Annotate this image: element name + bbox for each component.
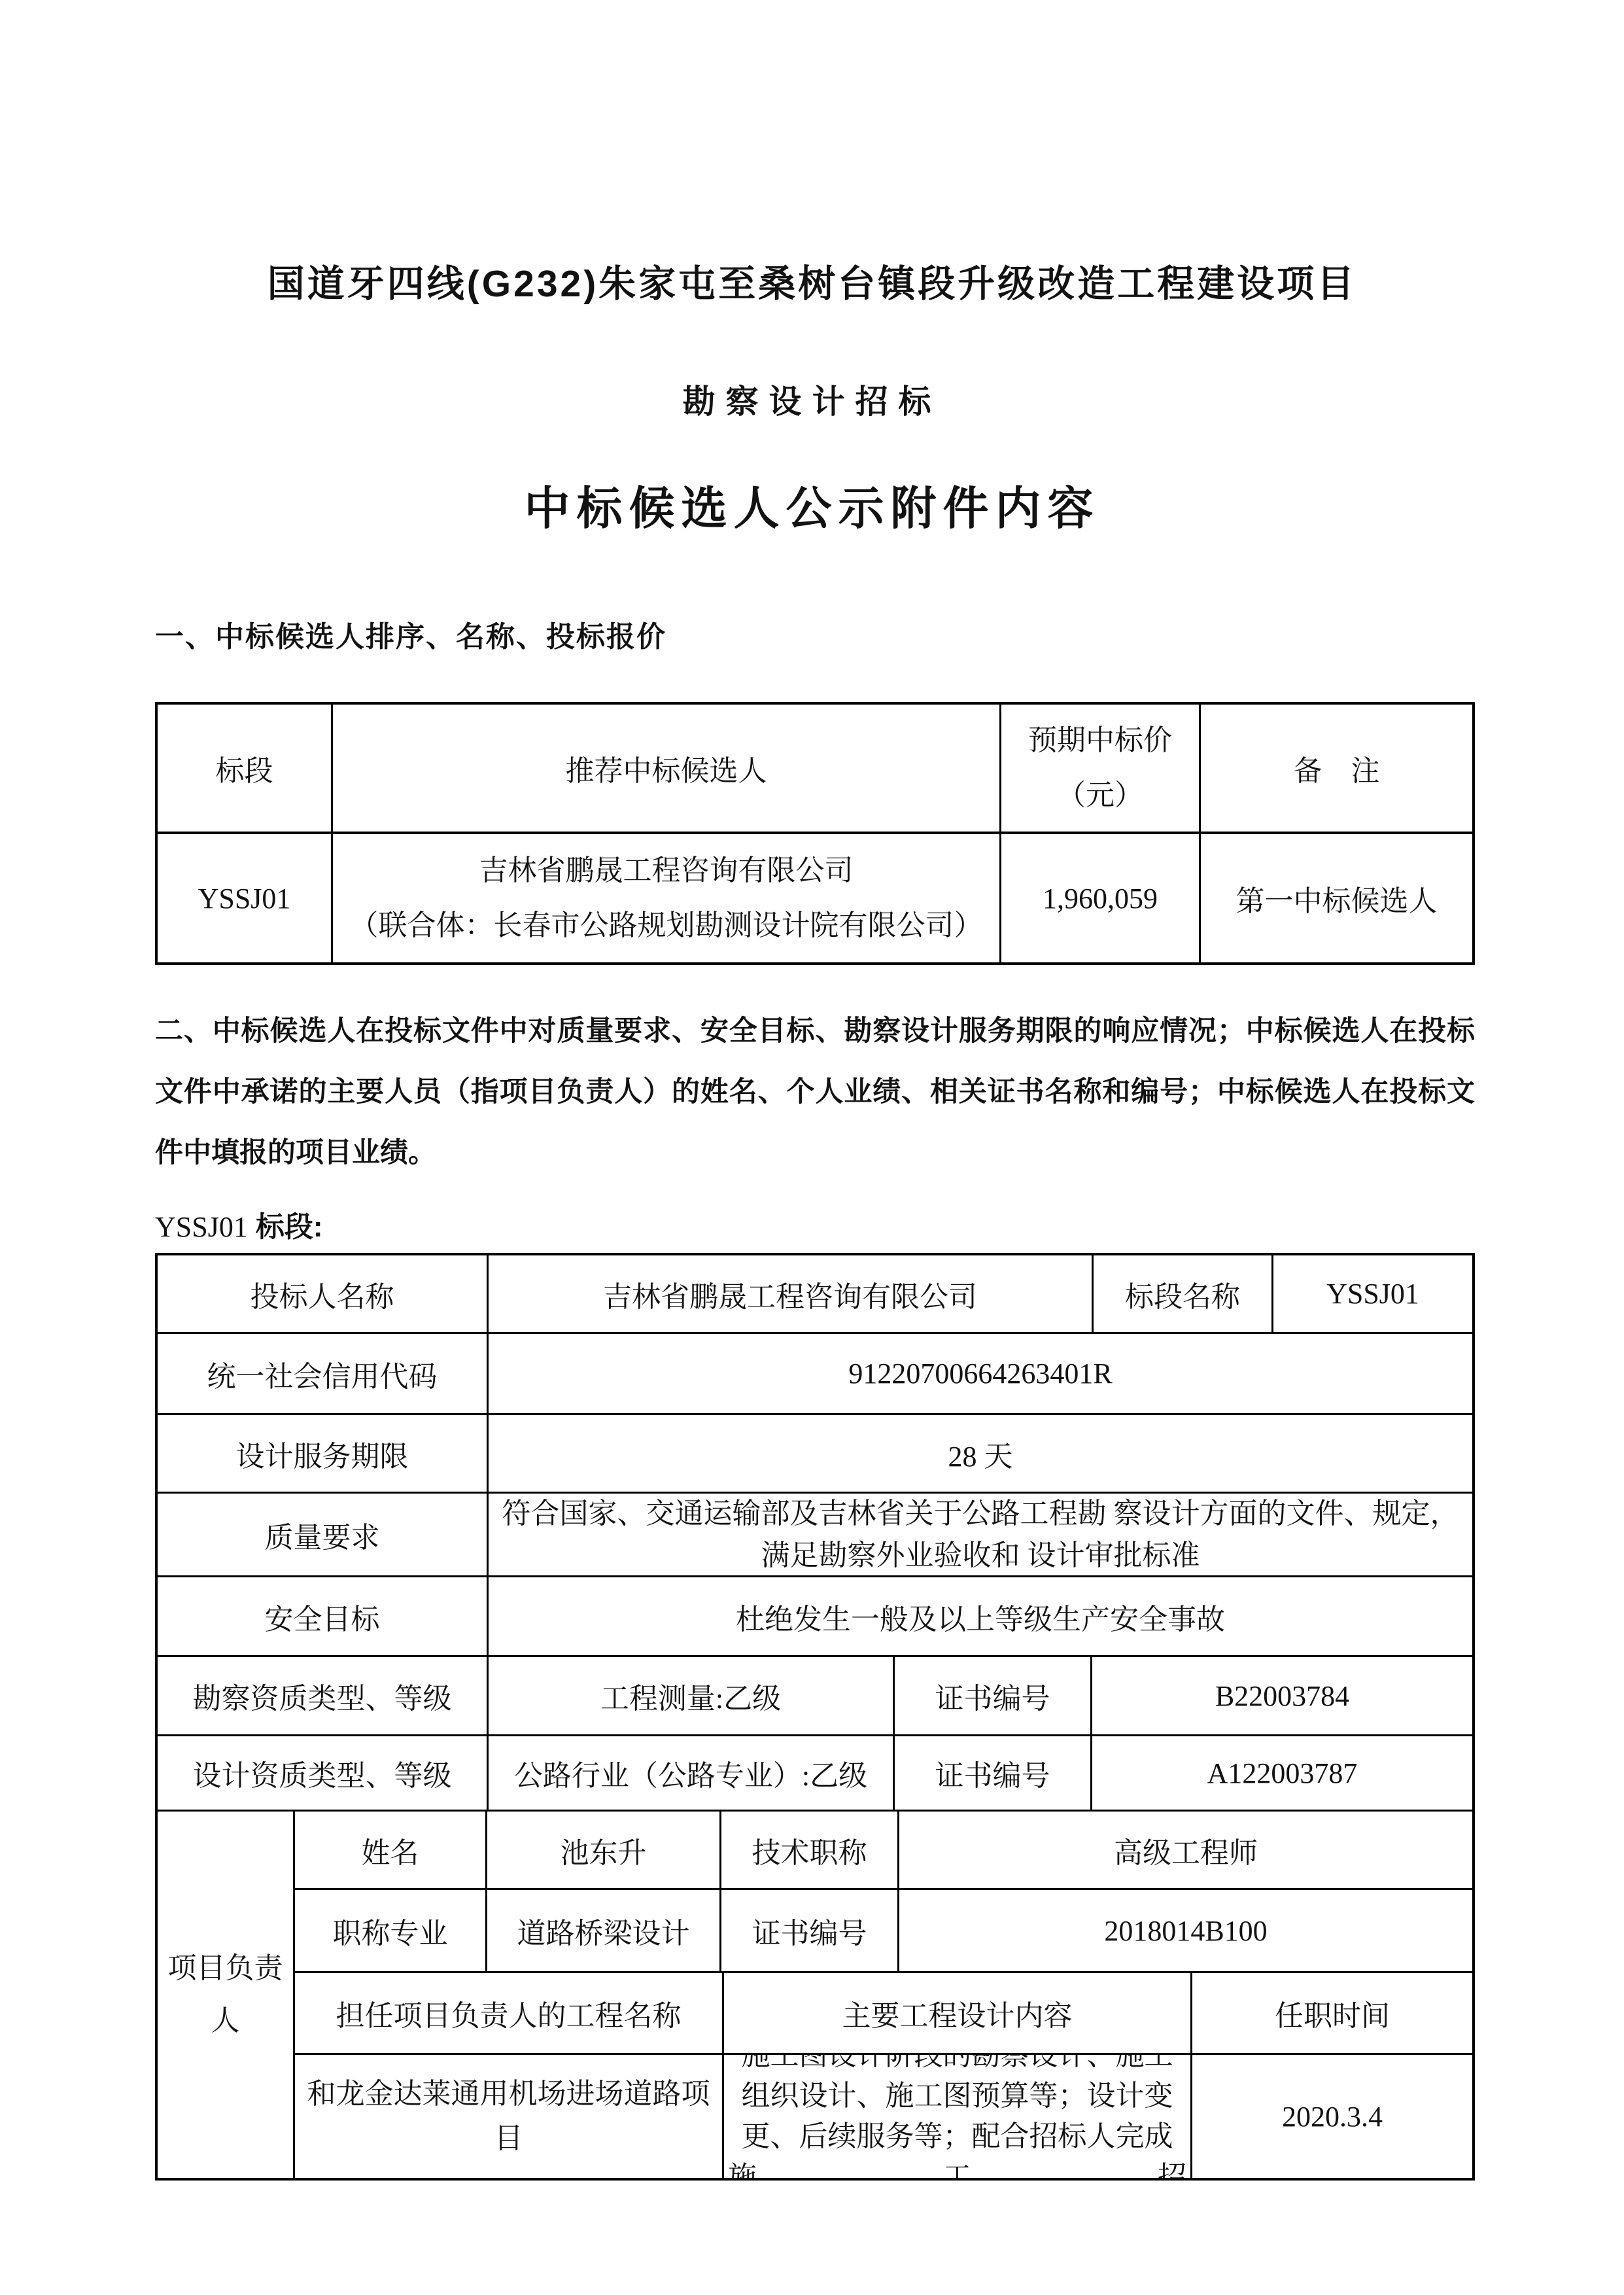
lot-heading: YSSJ01标段: [155, 1203, 1624, 1245]
survey-cert-value: B22003784 [1092, 1657, 1472, 1734]
row-pm-major: 职称专业 道路桥梁设计 证书编号 2018014B100 [295, 1890, 1472, 1973]
row-bidder: 投标人名称 吉林省鹏晟工程咨询有限公司 标段名称 YSSJ01 [158, 1255, 1472, 1334]
pm-cert-value: 2018014B100 [899, 1890, 1472, 1971]
service-duration-value: 28 天 [489, 1415, 1472, 1492]
candidates-table-header-row: 标段 推荐中标候选人 预期中标价 （元） 备 注 [158, 705, 1472, 834]
cell-remark: 第一中标候选人 [1201, 834, 1472, 962]
bidder-name-label: 投标人名称 [158, 1255, 489, 1332]
lot-heading-suffix: 标段: [256, 1211, 323, 1243]
section2-paragraph: 二、中标候选人在投标文件中对质量要求、安全目标、勘察设计服务期限的响应情况；中标… [155, 1001, 1475, 1183]
lot-name-value: YSSJ01 [1273, 1255, 1472, 1332]
pm-tenure-header: 任职时间 [1192, 1973, 1472, 2053]
row-service-duration: 设计服务期限 28 天 [158, 1415, 1472, 1494]
row-pm-project: 和龙金达莱通用机场进场道路项目 施工图设计阶段的勘察设计、施工组织设计、施工图预… [295, 2055, 1472, 2178]
pm-name-value: 池东升 [487, 1812, 721, 1888]
row-pm-project-header: 担任项目负责人的工程名称 主要工程设计内容 任职时间 [295, 1973, 1472, 2055]
lot-heading-code: YSSJ01 [155, 1211, 248, 1243]
header-expected-price-line2: （元） [1057, 768, 1143, 823]
candidates-table-row: YSSJ01 吉林省鹏晟工程咨询有限公司 （联合体：长春市公路规划勘测设计院有限… [158, 834, 1472, 962]
row-survey-qualification: 勘察资质类型、等级 工程测量:乙级 证书编号 B22003784 [158, 1657, 1472, 1736]
survey-qualification-value: 工程测量:乙级 [489, 1657, 895, 1734]
project-manager-label: 项目负责人 [158, 1812, 295, 2178]
row-quality: 质量要求 符合国家、交通运输部及吉林省关于公路工程勘 察设计方面的文件、规定，满… [158, 1494, 1472, 1577]
row-design-qualification: 设计资质类型、等级 公路行业（公路专业）:乙级 证书编号 A122003787 [158, 1736, 1472, 1812]
survey-cert-label: 证书编号 [895, 1657, 1092, 1734]
safety-label: 安全目标 [158, 1577, 489, 1655]
header-expected-price-line1: 预期中标价 [1028, 713, 1172, 768]
design-qualification-value: 公路行业（公路专业）:乙级 [489, 1736, 895, 1810]
cell-price: 1,960,059 [1001, 834, 1201, 962]
project-manager-block: 项目负责人 姓名 池东升 技术职称 高级工程师 职称专业 道路桥梁设计 证书编号… [158, 1812, 1472, 2178]
lot-name-label: 标段名称 [1094, 1255, 1273, 1332]
cell-lot: YSSJ01 [158, 834, 333, 962]
candidates-table: 标段 推荐中标候选人 预期中标价 （元） 备 注 YSSJ01 吉林省鹏晟工程咨… [155, 702, 1475, 965]
pm-project-name: 和龙金达莱通用机场进场道路项目 [295, 2055, 724, 2178]
header-candidate: 推荐中标候选人 [333, 705, 1001, 832]
pm-project-content: 施工图设计阶段的勘察设计、施工组织设计、施工图预算等；设计变更、后续服务等；配合… [724, 2055, 1192, 2178]
row-credit-code: 统一社会信用代码 91220700664263401R [158, 1334, 1472, 1415]
pm-title-value: 高级工程师 [899, 1812, 1472, 1888]
pm-title-label: 技术职称 [721, 1812, 899, 1888]
section1-heading: 一、中标候选人排序、名称、投标报价 [155, 613, 1624, 655]
pm-tenure-value: 2020.3.4 [1192, 2055, 1472, 2178]
main-title: 中标候选人公示附件内容 [0, 472, 1624, 538]
header-remark: 备 注 [1201, 705, 1472, 832]
cell-candidate: 吉林省鹏晟工程咨询有限公司 （联合体：长春市公路规划勘测设计院有限公司） [333, 834, 1001, 962]
pm-name-label: 姓名 [295, 1812, 487, 1888]
quality-label: 质量要求 [158, 1494, 489, 1575]
safety-value: 杜绝发生一般及以上等级生产安全事故 [489, 1577, 1472, 1655]
pm-project-content-header: 主要工程设计内容 [724, 1973, 1192, 2053]
quality-value: 符合国家、交通运输部及吉林省关于公路工程勘 察设计方面的文件、规定，满足勘察外业… [489, 1494, 1472, 1575]
pm-cert-label: 证书编号 [721, 1890, 899, 1971]
service-duration-label: 设计服务期限 [158, 1415, 489, 1492]
lot-detail-table: 投标人名称 吉林省鹏晟工程咨询有限公司 标段名称 YSSJ01 统一社会信用代码… [155, 1253, 1475, 2181]
cell-candidate-name: 吉林省鹏晟工程咨询有限公司 [479, 843, 854, 898]
header-lot: 标段 [158, 705, 333, 832]
pm-major-label: 职称专业 [295, 1890, 487, 1971]
document-page: 国道牙四线(G232)朱家屯至桑树台镇段升级改造工程建设项目 勘察设计招标 中标… [0, 0, 1624, 2295]
credit-code-value: 91220700664263401R [489, 1334, 1472, 1413]
project-manager-rows: 姓名 池东升 技术职称 高级工程师 职称专业 道路桥梁设计 证书编号 20180… [295, 1812, 1472, 2178]
pm-major-value: 道路桥梁设计 [487, 1890, 721, 1971]
project-title: 国道牙四线(G232)朱家屯至桑树台镇段升级改造工程建设项目 [0, 0, 1624, 307]
header-expected-price: 预期中标价 （元） [1001, 705, 1201, 832]
survey-qualification-label: 勘察资质类型、等级 [158, 1657, 489, 1734]
row-safety: 安全目标 杜绝发生一般及以上等级生产安全事故 [158, 1577, 1472, 1657]
cell-candidate-consortium: （联合体：长春市公路规划勘测设计院有限公司） [350, 898, 983, 953]
pm-project-name-header: 担任项目负责人的工程名称 [295, 1973, 724, 2053]
design-qualification-label: 设计资质类型、等级 [158, 1736, 489, 1810]
bidder-name-value: 吉林省鹏晟工程咨询有限公司 [489, 1255, 1094, 1332]
design-cert-label: 证书编号 [895, 1736, 1092, 1810]
tender-type-subtitle: 勘察设计招标 [0, 376, 1624, 423]
design-cert-value: A122003787 [1092, 1736, 1472, 1810]
row-pm-name: 姓名 池东升 技术职称 高级工程师 [295, 1812, 1472, 1890]
credit-code-label: 统一社会信用代码 [158, 1334, 489, 1413]
